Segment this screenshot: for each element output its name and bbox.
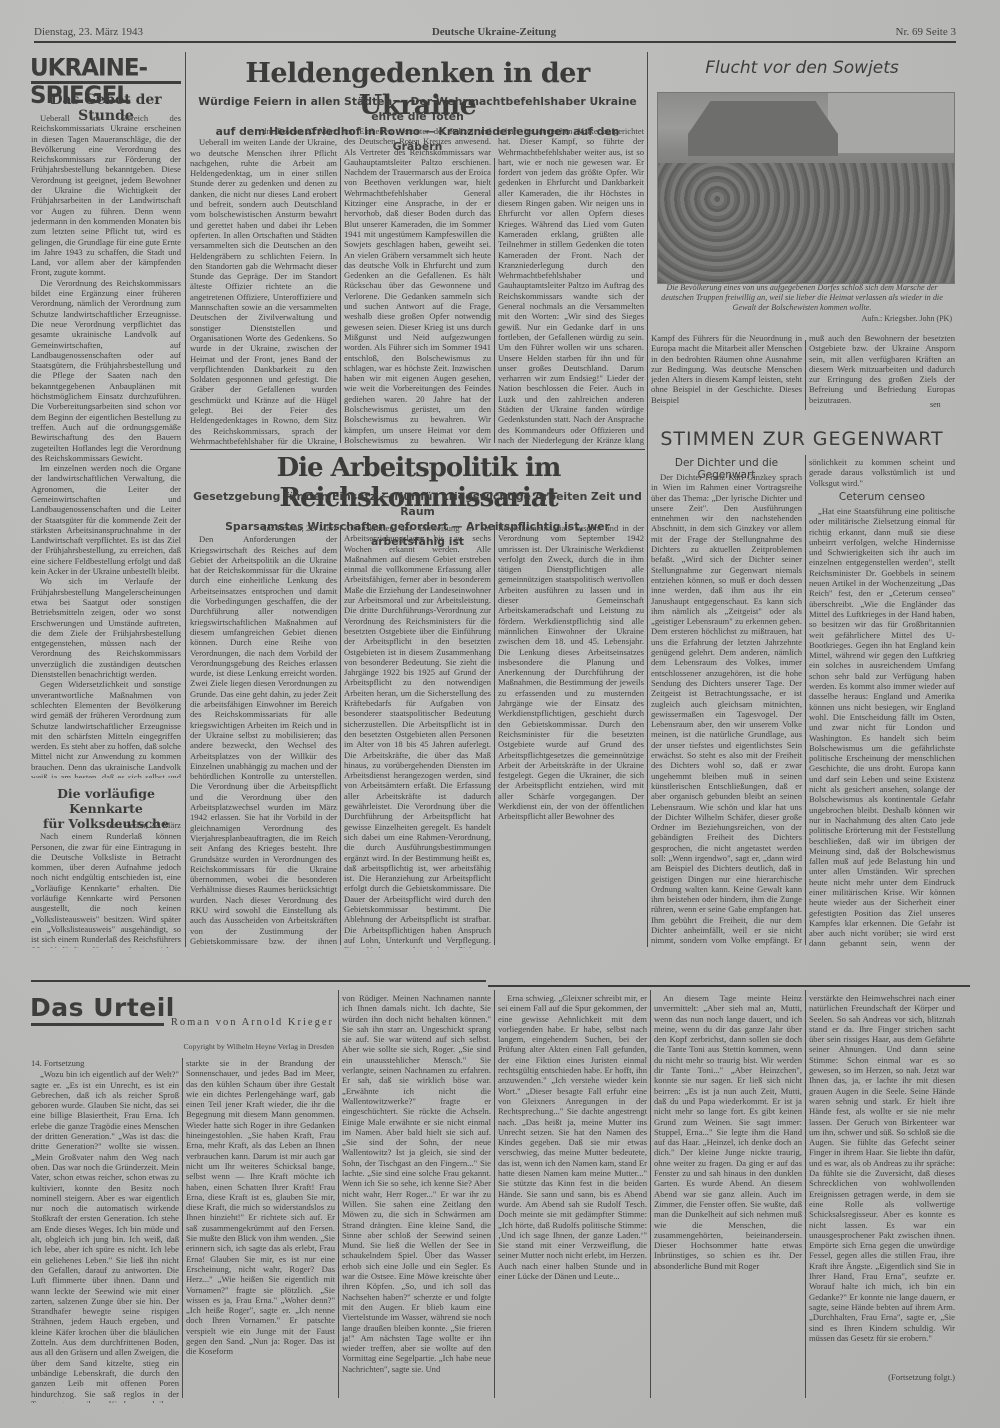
serial-column: verstärkte den Heimwehschrei nach einer … [809,993,955,1373]
column-divider [805,455,806,945]
installment-number: 14. Fortsetzung [31,1058,179,1068]
article-column: Arbeitskräften auf Einweisung in ein Arb… [344,523,491,948]
column-divider [647,52,648,947]
photo-caption: Die Bevölkerung eines von uns aufgegeben… [650,283,954,313]
title-underline [31,1023,164,1026]
article-body: Ueberall im Bereich des Reichskommissari… [31,113,181,778]
article-column: „Hat eine Staatsführung eine politische … [809,506,955,948]
column-divider [494,158,495,443]
serial-column: von Rüdiger. Meinen Nachnamen nannte ich… [342,993,491,1403]
dateline: dnz Berlin, 22. März [31,820,181,830]
serial-title: Das Urteil [30,993,175,1022]
paragraph: „Wozu bin ich eigentlich auf der Welt?" … [31,1069,179,1403]
paragraph: verstärkte den Heimwehschrei nach einer … [809,993,955,1343]
newspaper-page: Dienstag, 23. März 1943 Deutsche Ukraine… [0,0,1000,1428]
news-photo [657,92,955,284]
paragraph: Ueberall im weiten Lande der Ukraine, wo… [190,137,337,446]
paragraph: schaft im deutschen Volke aufgerichtet h… [498,126,644,446]
paragraph: Reichskommissariats ausgeht und in der V… [498,523,644,822]
serial-subtitle: Roman von Arnold Krieger [166,1017,334,1028]
article-headline: Ceterum censeo [809,491,955,503]
article-column: Reichskommissariats ausgeht und in der V… [498,523,644,948]
column-divider [340,158,341,443]
serial-column: An diesem Tage meinte Heinz unvermittelt… [654,993,802,1403]
photo-crowd [658,163,954,283]
paragraph: Nach einem Runderlaß können Personen, di… [31,831,181,948]
masthead-rule [34,41,956,43]
column-divider [185,52,186,947]
masthead: Dienstag, 23. März 1943 Deutsche Ukraine… [32,24,956,42]
paragraph: Die Verordnung des Reichskommissars bild… [31,278,181,463]
photo-sky [828,93,954,153]
paragraph: An diesem Tage meinte Heinz unvermittelt… [654,993,802,1271]
column-divider [805,340,806,410]
paragraph: „Hat eine Staatsführung eine politische … [809,506,955,948]
column-divider [805,990,806,1398]
article-column: schaft im deutschen Volke aufgerichtet h… [498,126,644,446]
paragraph: Arbeitskräften auf Einweisung in ein Arb… [344,523,491,948]
paragraph: Der Dichter Franz Karl Ginzkey sprach in… [651,472,802,948]
dateline: dnz Rowno, 22. März [190,126,337,136]
section-rule [31,81,181,84]
newspaper-name: Deutsche Ukraine-Zeitung [32,26,956,38]
paragraph: Wo sich im Verlaufe der Frühjahrsbestell… [31,576,181,679]
section-rule [488,985,970,987]
copyright-notice: Copyright by Wilhelm Heyne Verlag in Dre… [160,1042,334,1051]
paragraph: von Rüdiger. Meinen Nachnamen nannte ich… [342,993,491,1374]
column-divider [182,1058,183,1398]
headline-line: Die vorläufige Kennkarte [30,786,182,816]
article-column: Der Dichter Franz Karl Ginzkey sprach in… [651,472,802,948]
subheadline-line: Würdige Feiern in allen Städten — Der We… [190,94,645,124]
serial-column: Erna schwieg. „Gleixner schreibt mir, er… [498,993,647,1403]
column-divider [340,525,341,945]
subheadline-line: Gesetzgebung für den Einsatz — Nur für k… [190,489,645,519]
to-be-continued-note: (Fortsetzung folgt.) [809,1372,955,1382]
paragraph: Kampf des Führers für die Neuordnung in … [651,333,802,405]
photo-house [688,101,838,156]
article-column: Kampf des Führers für die Neuordnung in … [651,333,802,411]
article-column: sönlichkeit zu kommen scheint und gerade… [809,457,955,489]
paragraph: sönlichkeit zu kommen scheint und gerade… [809,457,955,488]
paragraph: ten Einheiten, Vertreter der Polizei und… [344,126,491,446]
photo-credit: Aufn.: Kriegsber. John (PK) [650,314,952,323]
column-divider [494,990,495,1398]
issue-page-number: Nr. 69 Seite 3 [896,26,957,38]
article-body: dnz Berlin, 22. März Nach einem Runderla… [31,820,181,948]
column-divider [650,990,651,1398]
paragraph: Im einzelnen werden noch die Organe der … [31,463,181,576]
serial-column: 14. Fortsetzung „Wozu bin ich eigentlich… [31,1058,179,1403]
article-divider [190,449,645,450]
paragraph: Gegen Widersetzlichkeit und sonstige unv… [31,679,181,778]
paragraph: Ueberall im Bereich des Reichskommissari… [31,113,181,278]
section-rule [31,980,486,982]
dateline: dnz Rowno, 22. März [190,523,337,533]
column-divider [494,525,495,945]
photo-title: Flucht vor den Sowjets [650,58,954,78]
paragraph: Den Anforderungen der Kriegswirtschaft d… [190,534,337,948]
article-column: ten Einheiten, Vertreter der Polizei und… [344,126,491,446]
paragraph: Erna schwieg. „Gleixner schreibt mir, er… [498,993,647,1281]
article-column: dnz Rowno, 22. März Ueberall im weiten L… [190,126,337,446]
article-column: muß auch den Bewohnern der besetzten Ost… [809,333,955,403]
section-title-stimmen: STIMMEN ZUR GEGENWART [650,428,954,450]
paragraph: muß auch den Bewohnern der besetzten Ost… [809,333,955,403]
article-column: dnz Rowno, 22. März Den Anforderungen de… [190,523,337,948]
author-signature: sen [930,400,941,409]
column-divider [338,990,339,1398]
serial-column: starkte sie in der Brandung der Sonnensc… [186,1058,335,1403]
paragraph: starkte sie in der Brandung der Sonnensc… [186,1058,335,1357]
